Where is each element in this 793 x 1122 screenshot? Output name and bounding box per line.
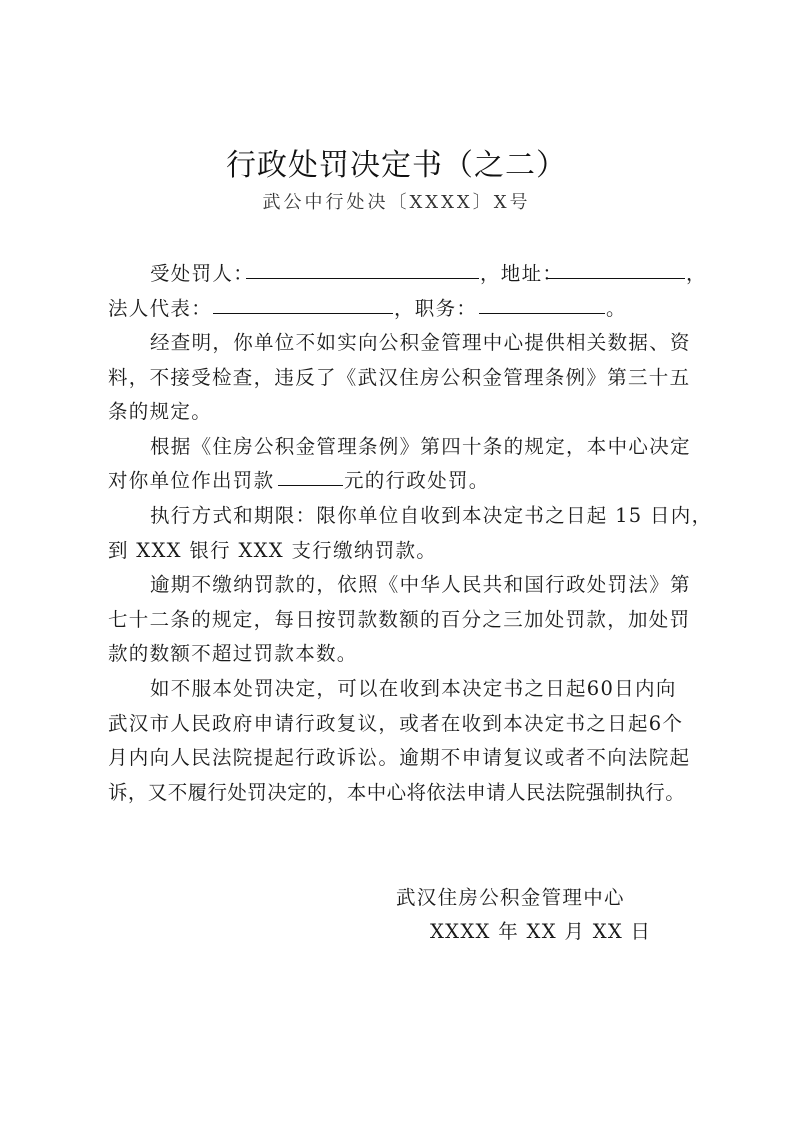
paragraph-findings-line: 经查明，你单位不如实向公积金管理中心提供相关数据、资 <box>150 327 691 355</box>
paragraph-overdue-line: 七十二条的规定，每日按罚款数额的百分之三加处罚款，加处罚 <box>108 604 690 632</box>
paragraph-execution-line: 到 XXX 银行 XXX 支行缴纳罚款。 <box>108 535 437 563</box>
position-label: ，职务： <box>394 293 477 321</box>
paragraph-findings-line: 料，不接受检查，违反了《武汉住房公积金管理条例》第三十五 <box>108 362 690 390</box>
paragraph-overdue-line: 款的数额不超过罚款本数。 <box>108 638 358 666</box>
paragraph-execution-line: 执行方式和期限：限你单位自收到本决定书之日起 15 日内， <box>150 500 712 528</box>
line1-end: ， <box>686 258 707 286</box>
document-number: 武公中行处决〔XXXX〕X号 <box>0 188 793 214</box>
document-title: 行政处罚决定书（之二） <box>0 140 793 184</box>
fine-prefix: 对你单位作出罚款 <box>108 465 274 493</box>
paragraph-appeal-line: 武汉市人民政府申请行政复议，或者在收到本决定书之日起6个 <box>108 708 683 736</box>
address-field[interactable] <box>546 260 685 279</box>
signature-date: XXXX 年 XX 月 XX 日 <box>430 916 651 944</box>
legal-rep-label: 法人代表： <box>108 293 212 321</box>
fine-suffix: 元的行政处罚。 <box>344 465 490 493</box>
position-field[interactable] <box>479 295 605 314</box>
paragraph-basis-line: 根据《住房公积金管理条例》第四十条的规定，本中心决定 <box>150 431 691 459</box>
paragraph-overdue-line: 逾期不缴纳罚款的，依照《中华人民共和国行政处罚法》第 <box>150 569 691 597</box>
line2-end: 。 <box>606 293 627 321</box>
legal-rep-field[interactable] <box>213 295 393 314</box>
paragraph-appeal-line: 诉，又不履行处罚决定的，本中心将依法申请人民法院强制执行。 <box>108 777 685 805</box>
paragraph-findings-line: 条的规定。 <box>108 396 212 424</box>
penalized-label: 受处罚人： <box>150 262 254 285</box>
penalized-party-line: 受处罚人： <box>150 258 254 286</box>
fine-amount-field[interactable] <box>278 467 343 486</box>
paragraph-appeal-line: 月内向人民法院提起行政诉讼。逾期不申请复议或者不向法院起 <box>108 742 690 770</box>
signature-organization: 武汉住房公积金管理中心 <box>396 882 625 910</box>
penalized-party-field[interactable] <box>246 260 479 279</box>
paragraph-appeal-line: 如不服本处罚决定，可以在收到本决定书之日起60日内向 <box>150 673 677 701</box>
